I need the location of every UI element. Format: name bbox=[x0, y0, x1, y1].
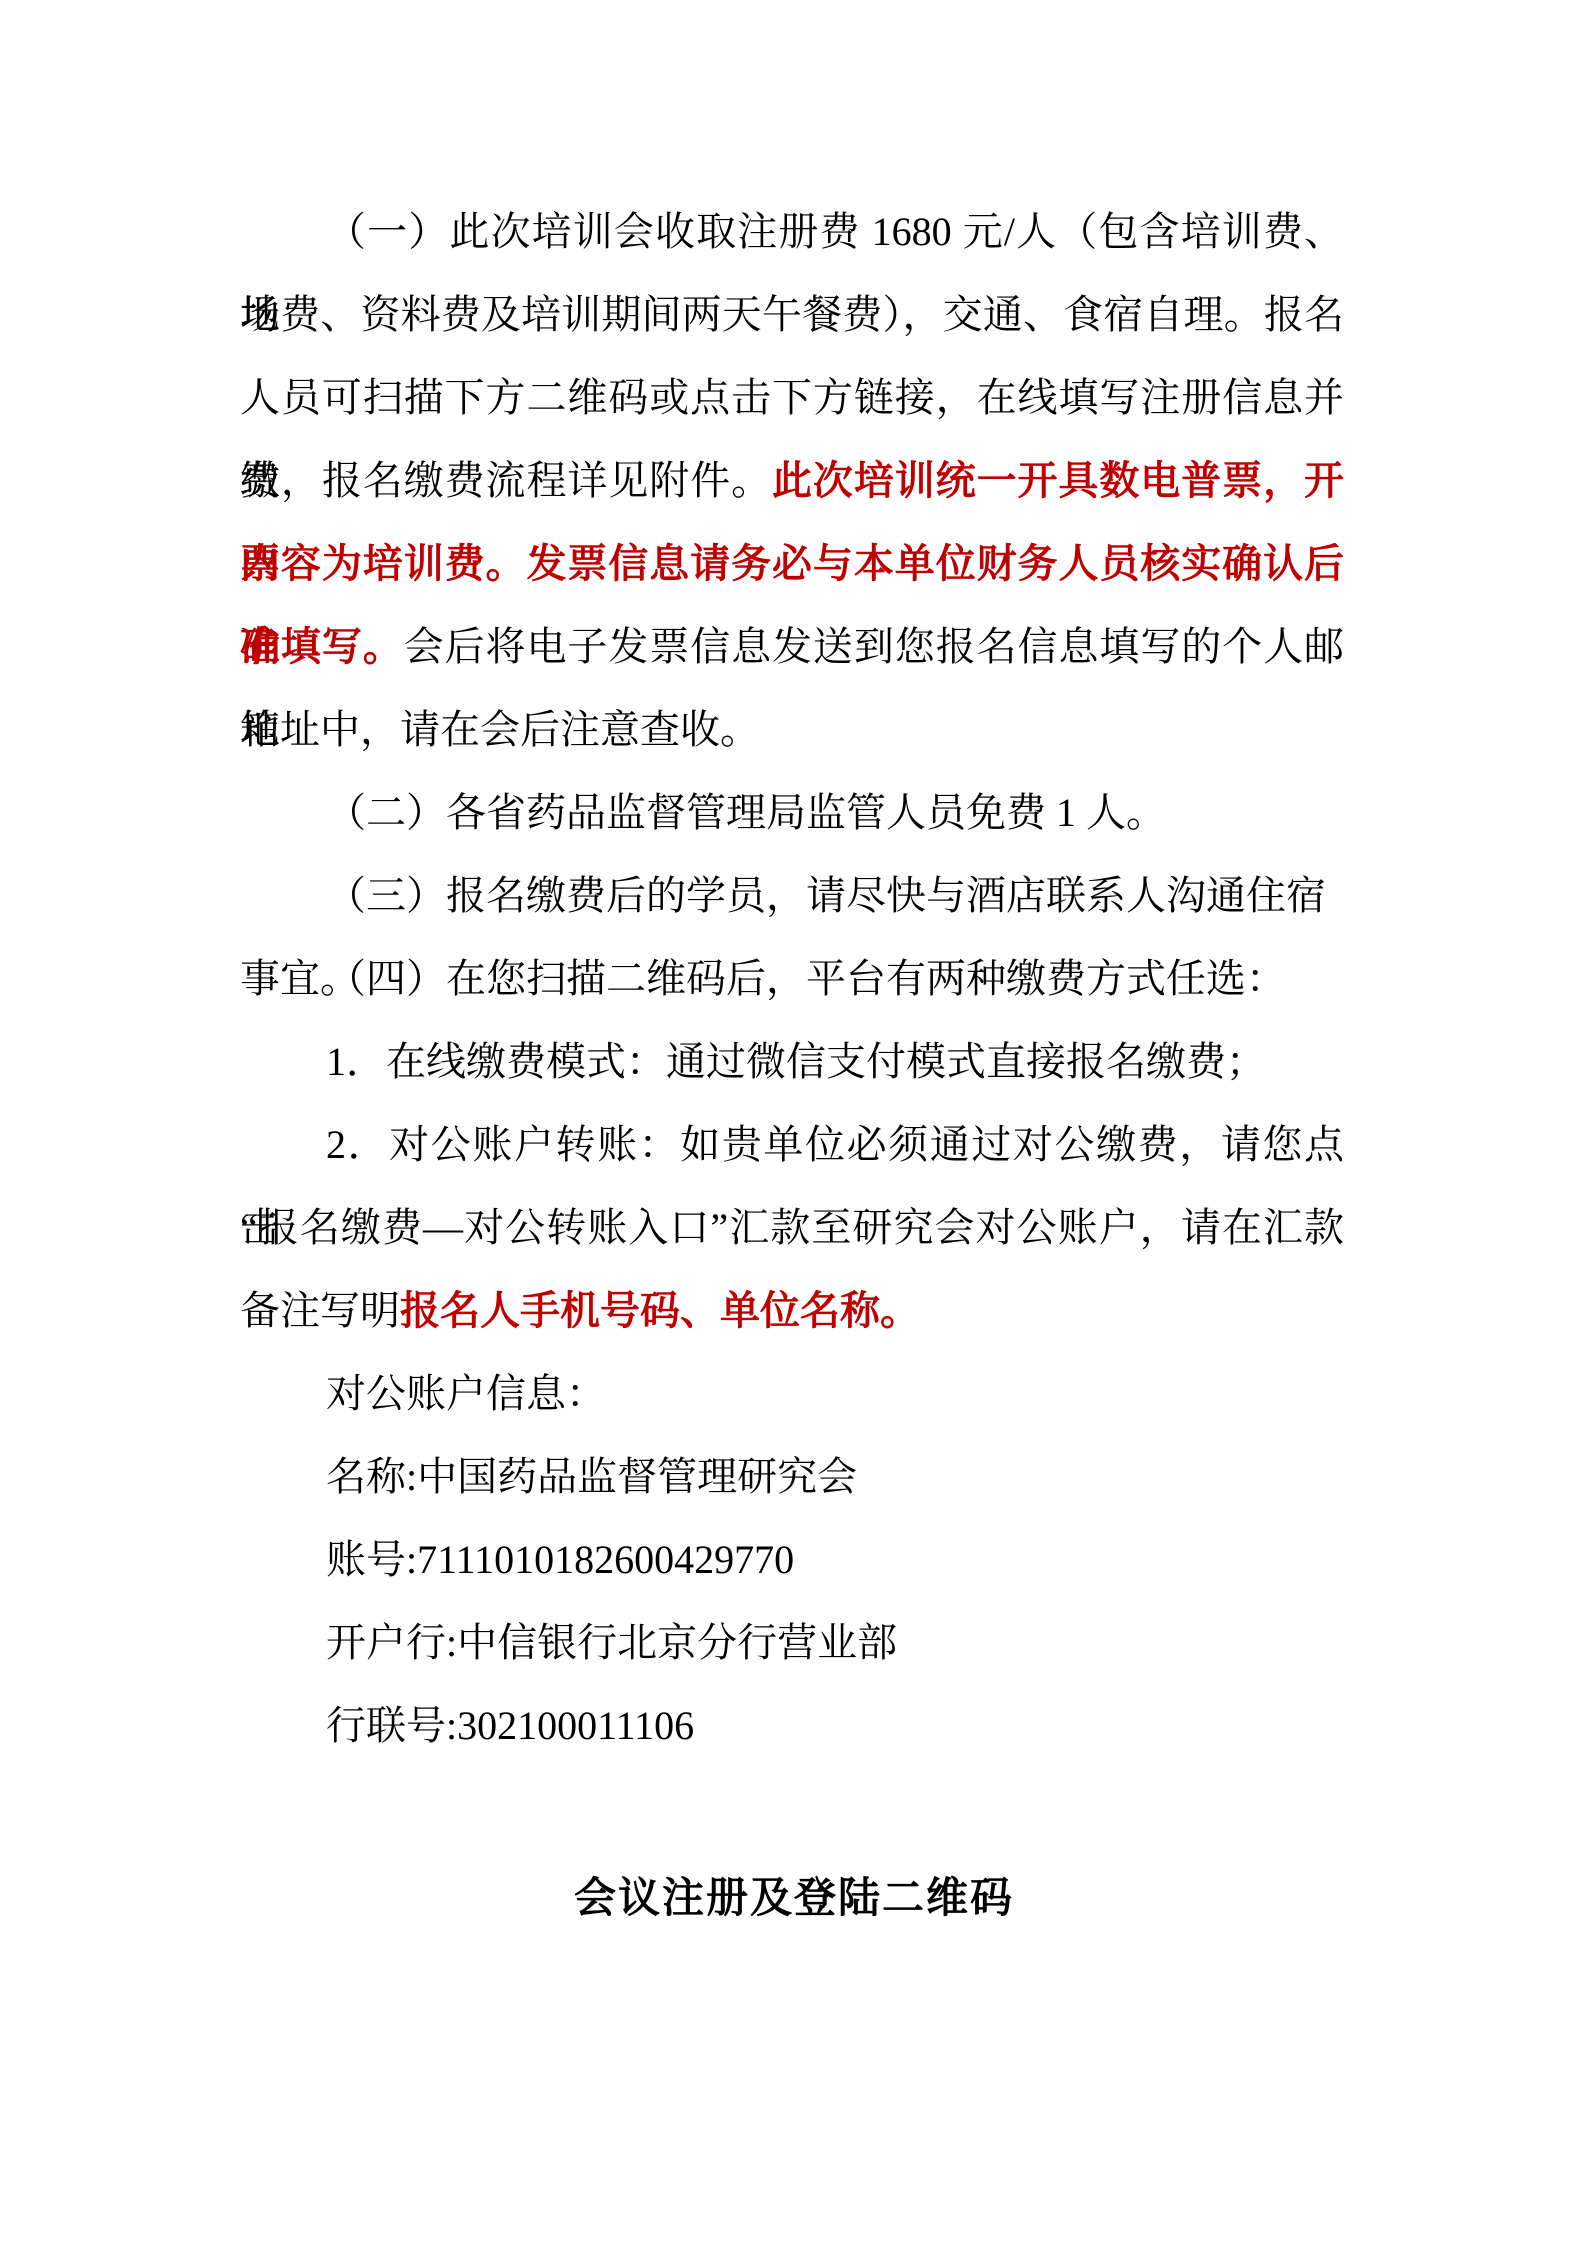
text-line: 地费、资料费及培训期间两天午餐费），交通、食宿自理。报名 bbox=[240, 273, 1344, 356]
text-line: 对公账户信息： bbox=[240, 1352, 1344, 1435]
text-line: “报名缴费—对公转账入口”汇款至研究会对公账户，请在汇款 bbox=[240, 1186, 1344, 1269]
text-line: 1．在线缴费模式：通过微信支付模式直接报名缴费； bbox=[240, 1020, 1344, 1103]
text-segment: 地址中，请在会后注意查收。 bbox=[240, 707, 760, 752]
text-line: 2．对公账户转账：如贵单位必须通过对公缴费，请您点击 bbox=[240, 1103, 1344, 1186]
text-segment: （二）各省药品监督管理局监管人员免费 1 人。 bbox=[326, 790, 1166, 835]
text-segment: 地费、资料费及培训期间两天午餐费），交通、食宿自理。报名 bbox=[240, 292, 1344, 337]
text-segment: 1．在线缴费模式：通过微信支付模式直接报名缴费； bbox=[326, 1039, 1266, 1084]
text-line: 账号:7111010182600429770 bbox=[240, 1518, 1344, 1601]
text-line: 备注写明报名人手机号码、单位名称。 bbox=[240, 1269, 1344, 1352]
text-line: 名称:中国药品监督管理研究会 bbox=[240, 1435, 1344, 1518]
text-segment: 开户行:中信银行北京分行营业部 bbox=[326, 1620, 897, 1665]
text-line: 确填写。会后将电子发票信息发送到您报名信息填写的个人邮箱 bbox=[240, 605, 1344, 688]
text-line: 行联号:302100011106 bbox=[240, 1684, 1344, 1767]
document-body: （一）此次培训会收取注册费 1680 元/人（包含培训费、场地费、资料费及培训期… bbox=[240, 190, 1344, 1767]
text-line: （三）报名缴费后的学员，请尽快与酒店联系人沟通住宿事宜。 bbox=[240, 854, 1344, 937]
text-segment: 名称:中国药品监督管理研究会 bbox=[326, 1454, 857, 1499]
text-segment: 行联号:302100011106 bbox=[326, 1703, 694, 1748]
text-line: （二）各省药品监督管理局监管人员免费 1 人。 bbox=[240, 771, 1344, 854]
text-line: 费，报名缴费流程详见附件。此次培训统一开具数电普票，开票 bbox=[240, 439, 1344, 522]
emphasis-text-segment: 确填写。 bbox=[240, 624, 404, 669]
text-segment: 账号:7111010182600429770 bbox=[326, 1537, 794, 1582]
text-line: （四）在您扫描二维码后，平台有两种缴费方式任选： bbox=[240, 937, 1344, 1020]
text-line: 开户行:中信银行北京分行营业部 bbox=[240, 1601, 1344, 1684]
text-segment: “报名缴费—对公转账入口”汇款至研究会对公账户，请在汇款 bbox=[240, 1205, 1344, 1250]
emphasis-text-segment: 报名人手机号码、单位名称。 bbox=[400, 1288, 920, 1333]
text-segment: 对公账户信息： bbox=[326, 1371, 606, 1416]
text-segment: 费，报名缴费流程详见附件。 bbox=[240, 458, 772, 503]
document-page: （一）此次培训会收取注册费 1680 元/人（包含培训费、场地费、资料费及培训期… bbox=[0, 0, 1588, 2245]
text-segment: （四）在您扫描二维码后，平台有两种缴费方式任选： bbox=[326, 956, 1286, 1001]
text-line: （一）此次培训会收取注册费 1680 元/人（包含培训费、场 bbox=[240, 190, 1344, 273]
section-heading: 会议注册及登陆二维码 bbox=[0, 1856, 1588, 1939]
text-line: 人员可扫描下方二维码或点击下方链接，在线填写注册信息并缴 bbox=[240, 356, 1344, 439]
text-segment: 备注写明 bbox=[240, 1288, 400, 1333]
text-line: 内容为培训费。发票信息请务必与本单位财务人员核实确认后准 bbox=[240, 522, 1344, 605]
text-line: 地址中，请在会后注意查收。 bbox=[240, 688, 1344, 771]
